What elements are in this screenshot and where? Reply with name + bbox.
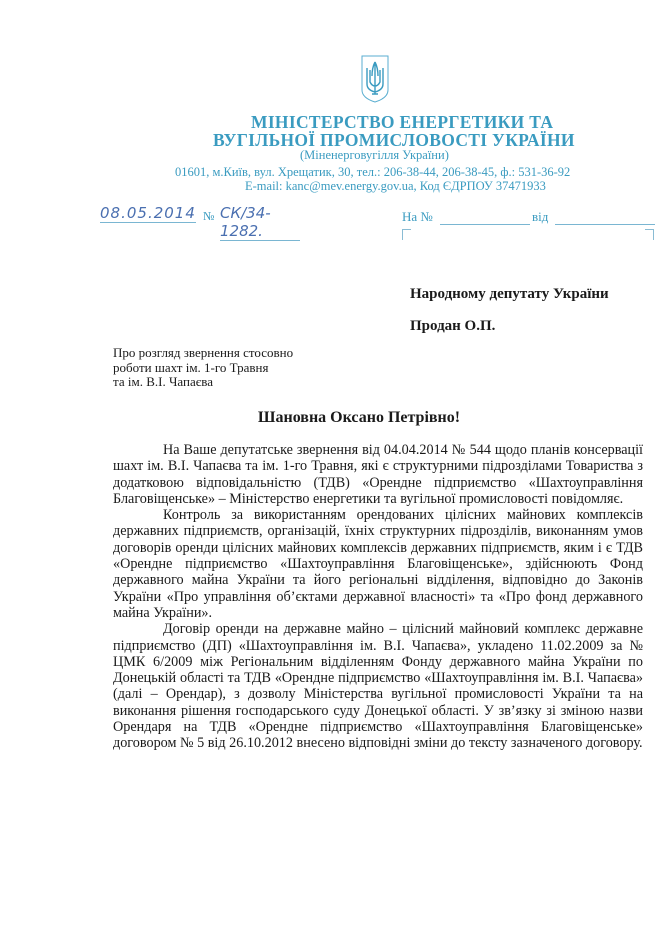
body-paragraph: Договір оренди на державне майно – ціліс… bbox=[113, 621, 643, 751]
ministry-short-name: (Міненерговугілля України) bbox=[300, 148, 449, 163]
reply-number-field bbox=[440, 224, 530, 225]
body-paragraph: Контроль за використанням орендованих ці… bbox=[113, 507, 643, 621]
ministry-email: E-mail: kanc@mev.energy.gov.ua, Код ЄДРП… bbox=[245, 179, 546, 194]
address-window-corner-left bbox=[402, 229, 411, 240]
subject-line: Про розгляд звернення стосовно bbox=[113, 346, 293, 361]
outgoing-date: 08.05.2014 bbox=[100, 204, 196, 223]
reply-date-label: від bbox=[532, 209, 548, 225]
outgoing-number-label: № bbox=[203, 209, 214, 224]
reply-date-field bbox=[555, 224, 655, 225]
recipient-block: Народному депутату України Продан О.П. bbox=[410, 278, 609, 342]
tryzub-coat-of-arms-icon bbox=[360, 54, 390, 104]
outgoing-number: СК/34-1282. bbox=[220, 204, 300, 241]
reply-number-label: На № bbox=[402, 209, 433, 225]
subject-line: роботи шахт ім. 1-го Травня bbox=[113, 361, 293, 376]
recipient-name: Продан О.П. bbox=[410, 310, 609, 342]
body-paragraph: На Ваше депутатське звернення від 04.04.… bbox=[113, 442, 643, 507]
letter-body: На Ваше депутатське звернення від 04.04.… bbox=[113, 442, 643, 752]
recipient-title: Народному депутату України bbox=[410, 278, 609, 310]
subject-line: та ім. В.І. Чапаєва bbox=[113, 375, 293, 390]
salutation: Шановна Оксано Петрівно! bbox=[0, 409, 668, 427]
outgoing-number-prefix: СК bbox=[220, 204, 241, 222]
address-window-corner-right bbox=[645, 229, 654, 240]
ministry-address: 01601, м.Київ, вул. Хрещатик, 30, тел.: … bbox=[175, 165, 570, 180]
ministry-name: МІНІСТЕРСТВО ЕНЕРГЕТИКИ ТА ВУГІЛЬНОЇ ПРО… bbox=[185, 113, 605, 149]
ministry-name-line2: ВУГІЛЬНОЇ ПРОМИСЛОВОСТІ УКРАЇНИ bbox=[213, 131, 605, 149]
subject-block: Про розгляд звернення стосовно роботи ша… bbox=[113, 346, 293, 390]
ministry-name-line1: МІНІСТЕРСТВО ЕНЕРГЕТИКИ ТА bbox=[213, 113, 605, 131]
